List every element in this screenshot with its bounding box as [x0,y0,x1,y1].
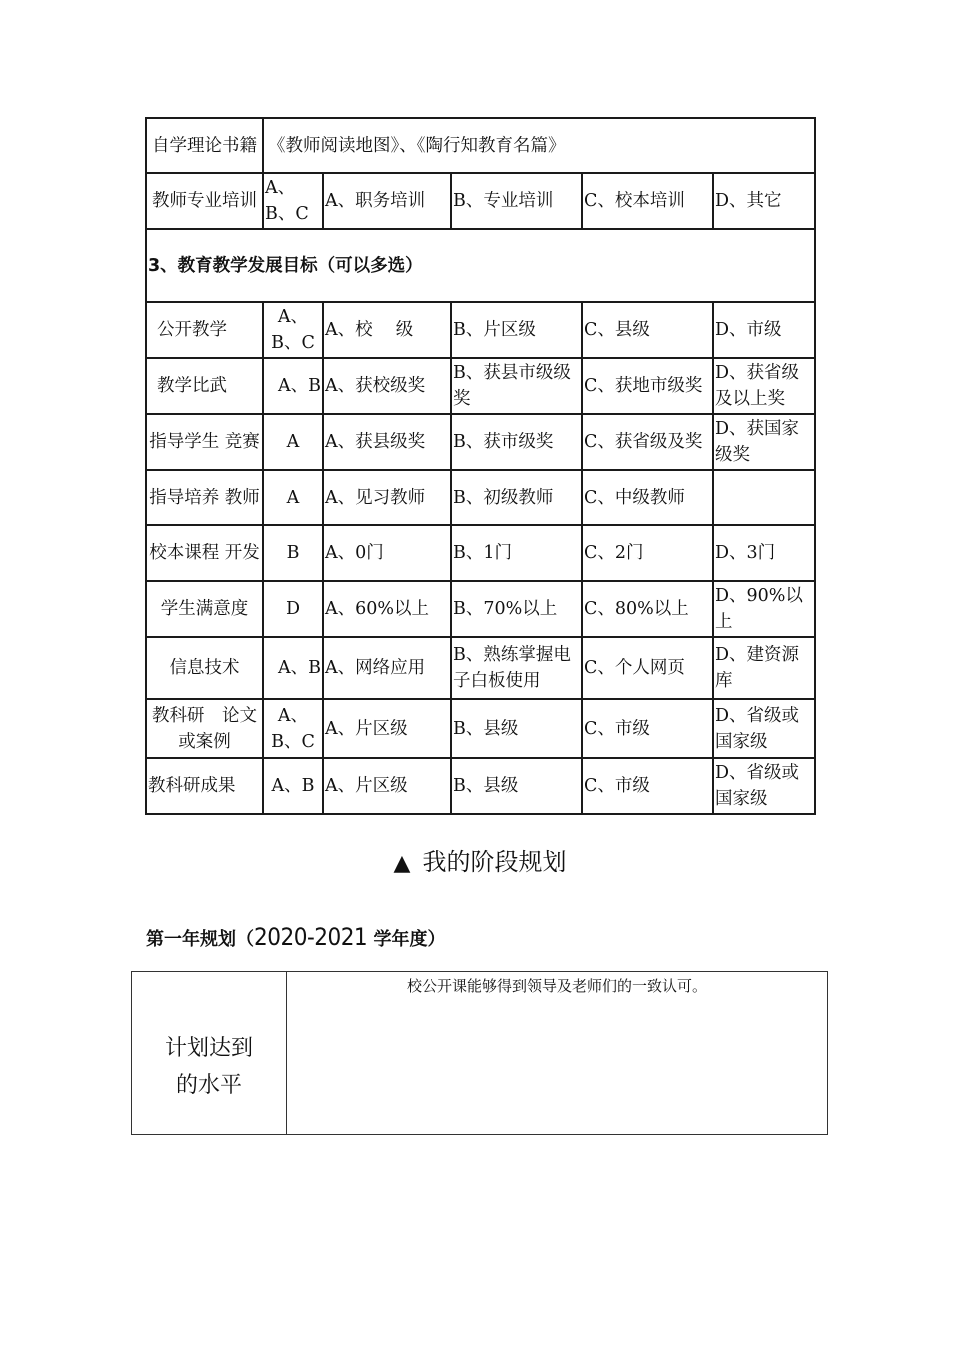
table-row-theory-books: 自学理论书籍 《教师阅读地图》、《陶行知教育名篇》 [146,118,815,173]
row-answer: A、B [263,637,323,699]
option-c: C、市级 [582,699,713,758]
row-label: 校本课程 开发 [146,525,263,581]
option-a: A、0门 [323,525,451,581]
table-row: 教科研 论文或案例 A、B、C A、片区级 B、县级 C、市级 D、省级或国家级 [146,699,815,758]
row-label: 公开教学 [146,302,263,358]
row-answer: A、B、C [263,302,323,358]
option-b: B、片区级 [451,302,582,358]
row-label: 学生满意度 [146,581,263,637]
triangle-icon: ▲ [394,851,411,876]
table-row: 计划达到的水平 校公开课能够得到领导及老师们的一致认可。 [132,972,828,1135]
row-label: 指导培养 教师 [146,470,263,525]
books-value: 《教师阅读地图》、《陶行知教育名篇》 [263,118,815,173]
option-b: B、1门 [451,525,582,581]
table-row: 教科研成果 A、B A、片区级 B、县级 C、市级 D、省级或国家级 [146,758,815,814]
plan-level-label: 计划达到的水平 [132,972,287,1135]
option-d: D、省级或国家级 [713,699,815,758]
table-row: 公开教学 A、B、C A、校 级 B、片区级 C、县级 D、市级 [146,302,815,358]
option-a: A、片区级 [323,758,451,814]
option-a: A、获校级奖 [323,358,451,414]
option-c: C、80%以上 [582,581,713,637]
option-b: B、县级 [451,699,582,758]
row-label: 自学理论书籍 [146,118,263,173]
option-d: D、获国家级奖 [713,414,815,470]
plan-level-label-text: 计划达到的水平 [163,1030,255,1104]
option-c: C、个人网页 [582,637,713,699]
year-range: 2020-2021 [254,923,367,951]
option-c: C、县级 [582,302,713,358]
section-title: 3、教育教学发展目标（可以多选） [146,229,815,302]
option-a: A、片区级 [323,699,451,758]
row-label: 教科研 论文或案例 [146,699,263,758]
option-d: D、市级 [713,302,815,358]
table-row: 指导培养 教师 A A、见习教师 B、初级教师 C、中级教师 [146,470,815,525]
row-answer: A [263,414,323,470]
table-row: 指导学生 竞赛 A A、获县级奖 B、获市级奖 C、获省级及奖 D、获国家级奖 [146,414,815,470]
option-b: B、初级教师 [451,470,582,525]
option-d: D、省级或国家级 [713,758,815,814]
row-answer: A、B [263,358,323,414]
row-label: 指导学生 竞赛 [146,414,263,470]
option-a: A、职务培训 [323,173,451,229]
row-label: 教学比武 [146,358,263,414]
table-row: 信息技术 A、B A、网络应用 B、熟练掌握电子白板使用 C、个人网页 D、建资… [146,637,815,699]
table-row: 学生满意度 D A、60%以上 B、70%以上 C、80%以上 D、90%以上 [146,581,815,637]
development-goals-table: 自学理论书籍 《教师阅读地图》、《陶行知教育名篇》 教师专业培训 A、B、C A… [145,117,816,815]
row-answer: A、B [263,758,323,814]
option-c: C、获省级及奖 [582,414,713,470]
row-label: 教师专业培训 [146,173,263,229]
row-label: 教科研成果 [146,758,263,814]
option-d [713,470,815,525]
row-answer: A、B、C [263,173,323,229]
option-c: C、校本培训 [582,173,713,229]
row-label: 信息技术 [146,637,263,699]
year-plan-title: 第一年规划（2020-2021 学年度） [146,920,445,957]
row-answer: A、B、C [263,699,323,758]
option-c: C、获地市级奖 [582,358,713,414]
table-row: 校本课程 开发 B A、0门 B、1门 C、2门 D、3门 [146,525,815,581]
option-d: D、3门 [713,525,815,581]
option-b: B、专业培训 [451,173,582,229]
stage-plan-title: 我的阶段规划 [422,848,566,876]
section-row: 3、教育教学发展目标（可以多选） [146,229,815,302]
row-answer: A [263,470,323,525]
option-c: C、市级 [582,758,713,814]
year-title-prefix: 第一年规划（ [146,929,254,950]
option-a: A、网络应用 [323,637,451,699]
row-answer: D [263,581,323,637]
option-d: D、90%以上 [713,581,815,637]
option-b: B、获县市级级奖 [451,358,582,414]
option-a: A、校 级 [323,302,451,358]
table-row: 教学比武 A、B A、获校级奖 B、获县市级级奖 C、获地市级奖 D、获省级及以… [146,358,815,414]
row-answer: B [263,525,323,581]
option-b: B、70%以上 [451,581,582,637]
option-a: A、获县级奖 [323,414,451,470]
option-b: B、县级 [451,758,582,814]
year-plan-table: 计划达到的水平 校公开课能够得到领导及老师们的一致认可。 [131,971,828,1135]
option-c: C、2门 [582,525,713,581]
table-row-professional-training: 教师专业培训 A、B、C A、职务培训 B、专业培训 C、校本培训 D、其它 [146,173,815,229]
option-b: B、获市级奖 [451,414,582,470]
year-title-suffix: 学年度） [367,929,445,950]
option-a: A、见习教师 [323,470,451,525]
option-d: D、获省级及以上奖 [713,358,815,414]
stage-plan-heading: ▲我的阶段规划 [0,842,960,884]
option-d: D、建资源库 [713,637,815,699]
plan-level-value: 校公开课能够得到领导及老师们的一致认可。 [287,972,828,1135]
option-c: C、中级教师 [582,470,713,525]
option-d: D、其它 [713,173,815,229]
option-a: A、60%以上 [323,581,451,637]
option-b: B、熟练掌握电子白板使用 [451,637,582,699]
